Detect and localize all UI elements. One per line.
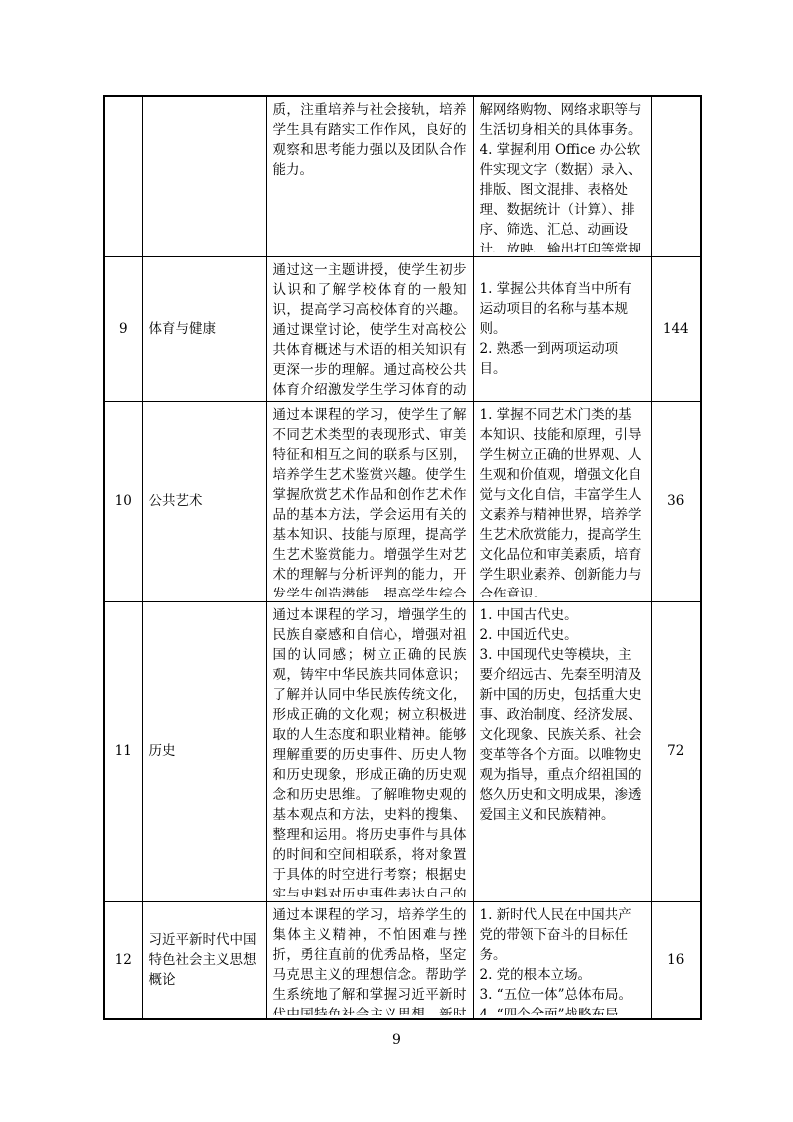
course-hours-cell: 72	[651, 601, 701, 901]
course-description-cell: 通过本课程的学习，使学生了解不同艺术类型的表现形式、审美特征和相互之间的联系与区…	[266, 401, 473, 601]
course-description-cell: 质，注重培养与社会接轨，培养学生具有踏实工作作风，良好的观察和思考能力强以及团队…	[266, 96, 473, 256]
course-name: 体育与健康	[149, 321, 217, 337]
course-name-cell: 公共艺术	[142, 401, 266, 601]
course-hours: 72	[667, 743, 684, 759]
row-number-cell: 10	[104, 401, 142, 601]
course-table: 质，注重培养与社会接轨，培养学生具有踏实工作作风，良好的观察和思考能力强以及团队…	[103, 95, 702, 1020]
course-name-cell: 体育与健康	[142, 256, 266, 401]
course-name: 公共艺术	[149, 493, 203, 509]
row-number-cell: 9	[104, 256, 142, 401]
course-objectives-cell: 1. 中国古代史。 2. 中国近代史。 3. 中国现代史等模块，主要介绍远古、先…	[473, 601, 651, 901]
course-description: 通过本课程的学习，增强学生的民族自豪感和自信心，增强对祖国的认同感；树立正确的民…	[273, 605, 467, 897]
objective-item: 4. 掌握利用 Office 办公软件实现文字（数据）录入、排版、图文混排、表格…	[480, 140, 645, 252]
course-description: 通过本课程的学习，培养学生的集体主义精神，不怕困难与挫折，勇往直前的优秀品格，坚…	[273, 905, 467, 1015]
document-page: 质，注重培养与社会接轨，培养学生具有踏实工作作风，良好的观察和思考能力强以及团队…	[0, 0, 793, 1122]
table-row: 10 公共艺术 通过本课程的学习，使学生了解不同艺术类型的表现形式、审美特征和相…	[104, 401, 701, 601]
course-hours-cell: 16	[651, 901, 701, 1019]
page-number: 9	[0, 1031, 793, 1049]
course-hours-cell: 36	[651, 401, 701, 601]
course-name-cell	[142, 96, 266, 256]
course-hours: 144	[663, 321, 689, 337]
objective-item: 2. 熟悉一到两项运动项目。	[480, 339, 645, 379]
course-name-cell: 习近平新时代中国特色社会主义思想概论	[142, 901, 266, 1019]
course-name-cell: 历史	[142, 601, 266, 901]
row-number: 9	[119, 321, 128, 337]
course-description: 通过本课程的学习，使学生了解不同艺术类型的表现形式、审美特征和相互之间的联系与区…	[273, 405, 467, 597]
row-number-cell: 12	[104, 901, 142, 1019]
row-number: 12	[115, 952, 132, 968]
course-description: 通过这一主题讲授，使学生初步认识和了解学校体育的一般知识，提高学习高校体育的兴趣…	[273, 260, 467, 397]
row-number: 10	[115, 493, 132, 509]
objective-item: 1. 掌握不同艺术门类的基本知识、技能和原理，引导学生树立正确的世界观、人生观和…	[480, 405, 645, 597]
course-hours: 36	[667, 493, 684, 509]
objective-item: 3. “五位一体”总体布局。	[480, 985, 645, 1005]
course-objectives-cell: 1. 掌握不同艺术门类的基本知识、技能和原理，引导学生树立正确的世界观、人生观和…	[473, 401, 651, 601]
course-description-cell: 通过本课程的学习，培养学生的集体主义精神，不怕困难与挫折，勇往直前的优秀品格，坚…	[266, 901, 473, 1019]
row-number: 11	[115, 743, 132, 759]
course-objectives-cell: 1. 掌握公共体育当中所有运动项目的名称与基本规则。 2. 熟悉一到两项运动项目…	[473, 256, 651, 401]
course-hours: 16	[667, 952, 684, 968]
course-hours-cell	[651, 96, 701, 256]
table-row: 9 体育与健康 通过这一主题讲授，使学生初步认识和了解学校体育的一般知识，提高学…	[104, 256, 701, 401]
objective-item: 2. 中国近代史。	[480, 625, 645, 645]
course-description-cell: 通过这一主题讲授，使学生初步认识和了解学校体育的一般知识，提高学习高校体育的兴趣…	[266, 256, 473, 401]
objective-item: 2. 党的根本立场。	[480, 965, 645, 985]
objective-item: 3. 中国现代史等模块，主要介绍远古、先秦至明清及新中国的历史，包括重大史事、政…	[480, 645, 645, 825]
course-name: 历史	[149, 743, 176, 759]
objective-item: 解网络购物、网络求职等与生活切身相关的具体事务。	[480, 100, 645, 140]
course-hours-cell: 144	[651, 256, 701, 401]
course-objectives-cell: 解网络购物、网络求职等与生活切身相关的具体事务。 4. 掌握利用 Office …	[473, 96, 651, 256]
row-number-cell	[104, 96, 142, 256]
objective-item: 1. 中国古代史。	[480, 605, 645, 625]
objective-item: 4. “四个全面”战略布局。	[480, 1005, 645, 1015]
course-objectives-cell: 1. 新时代人民在中国共产党的带领下奋斗的目标任务。 2. 党的根本立场。 3.…	[473, 901, 651, 1019]
objective-item: 1. 掌握公共体育当中所有运动项目的名称与基本规则。	[480, 279, 645, 339]
table-row: 11 历史 通过本课程的学习，增强学生的民族自豪感和自信心，增强对祖国的认同感；…	[104, 601, 701, 901]
objective-item: 1. 新时代人民在中国共产党的带领下奋斗的目标任务。	[480, 905, 645, 965]
course-description: 质，注重培养与社会接轨，培养学生具有踏实工作作风，良好的观察和思考能力强以及团队…	[273, 100, 467, 180]
course-name: 习近平新时代中国特色社会主义思想概论	[149, 932, 257, 988]
table-row: 质，注重培养与社会接轨，培养学生具有踏实工作作风，良好的观察和思考能力强以及团队…	[104, 96, 701, 256]
table-row: 12 习近平新时代中国特色社会主义思想概论 通过本课程的学习，培养学生的集体主义…	[104, 901, 701, 1019]
course-description-cell: 通过本课程的学习，增强学生的民族自豪感和自信心，增强对祖国的认同感；树立正确的民…	[266, 601, 473, 901]
row-number-cell: 11	[104, 601, 142, 901]
